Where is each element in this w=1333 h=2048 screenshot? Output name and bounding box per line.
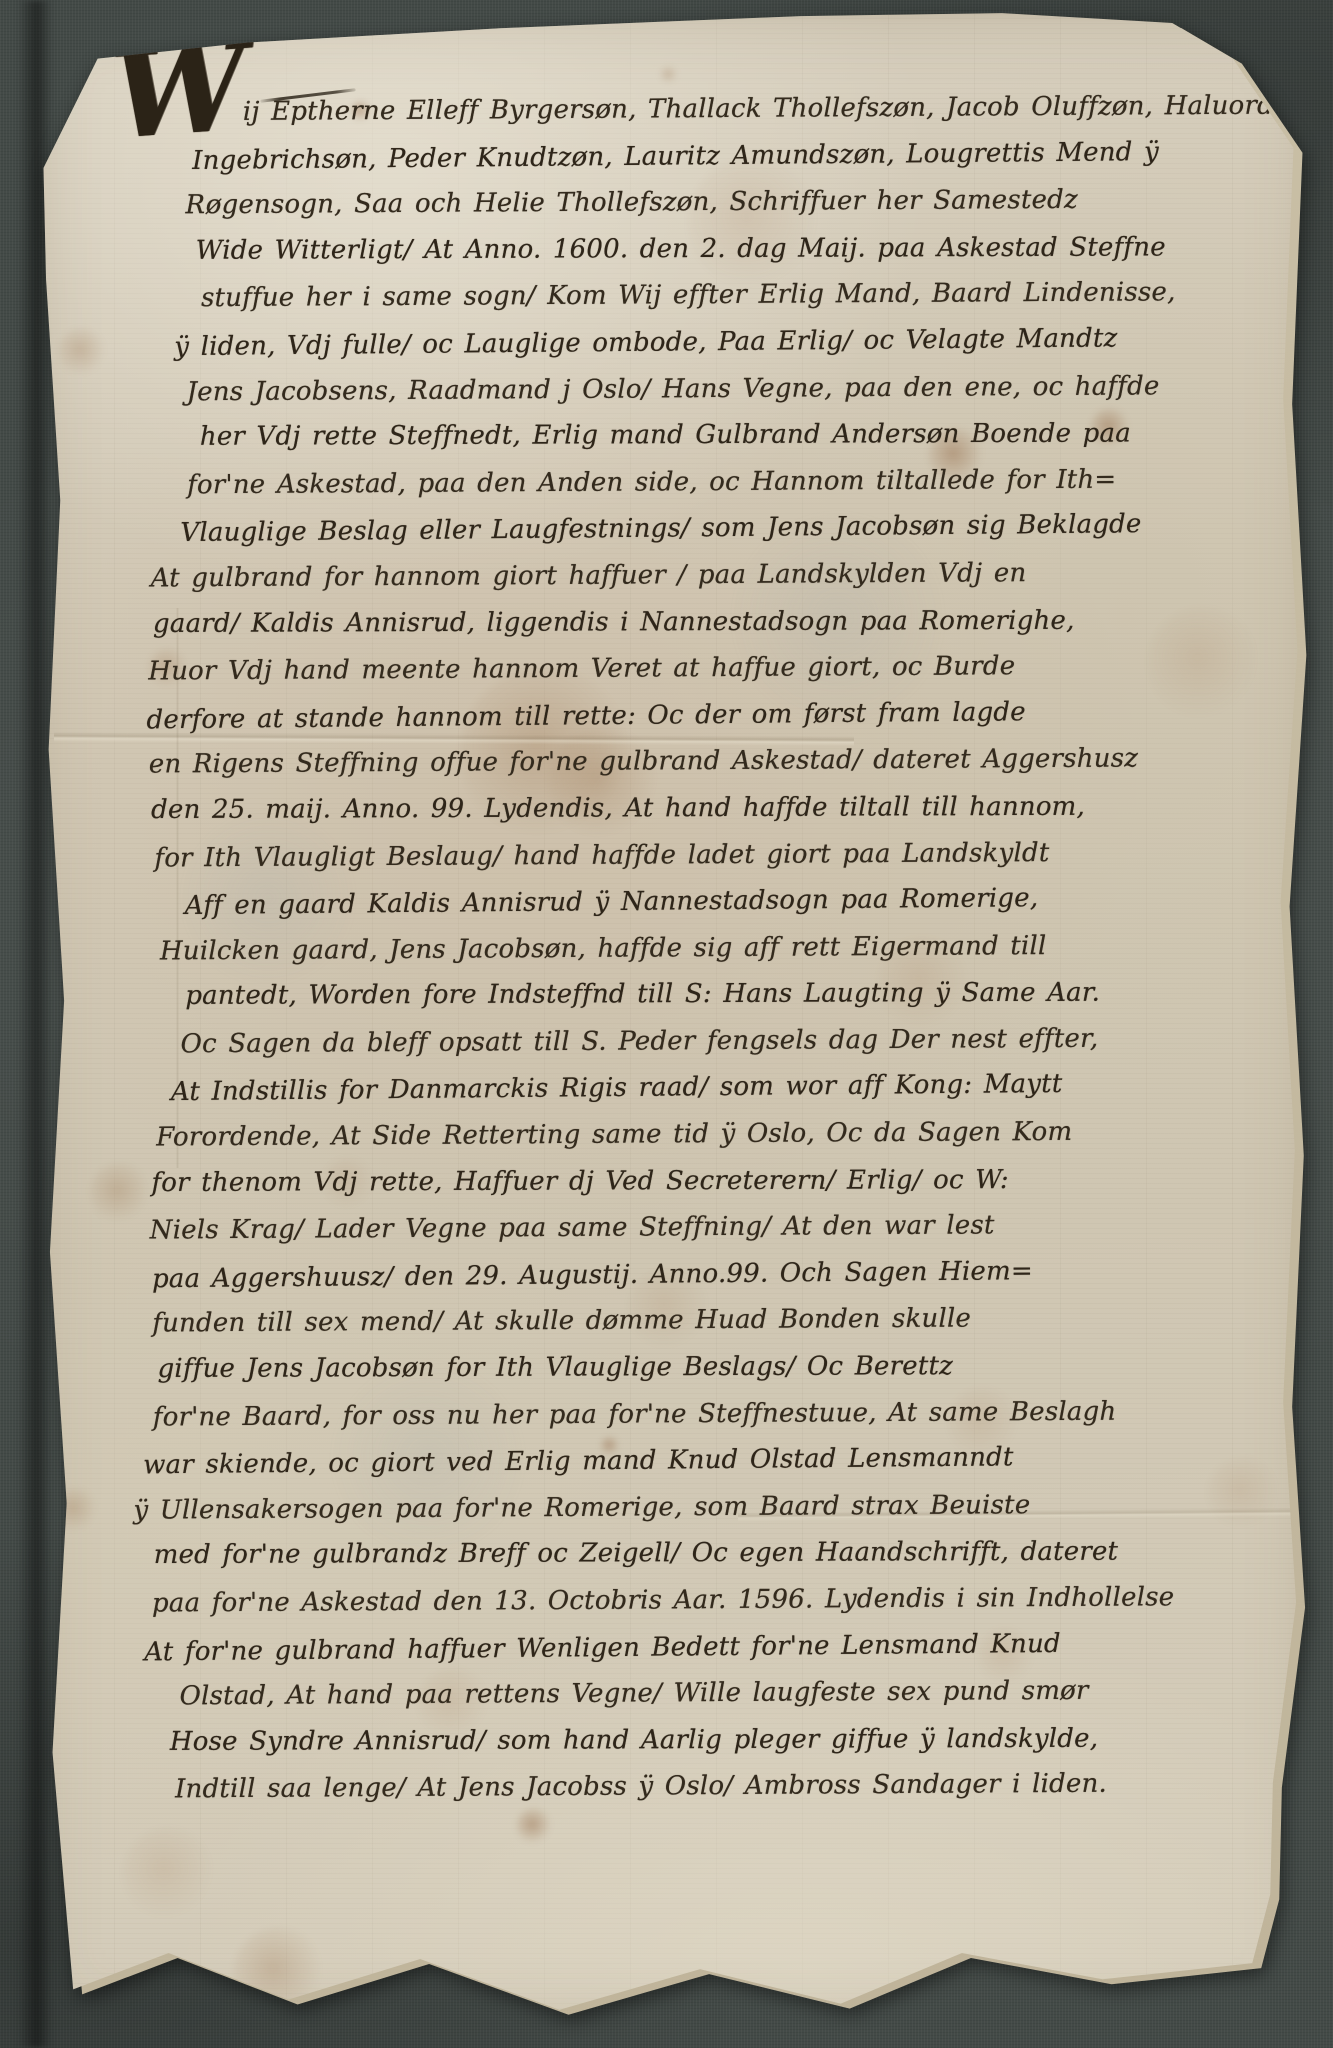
manuscript-text-block: ij Eptherne Elleff Byrgersøn, Thallack T… [143, 83, 1304, 1814]
manuscript-line: den 25. maij. Anno. 99. Lydendis, At han… [151, 783, 1297, 834]
manuscript-line: her Vdj rette Steffnedt, Erlig mand Gulb… [200, 410, 1295, 460]
manuscript-line: Huor Vdj hand meente hannom Veret at haf… [148, 642, 1296, 696]
paper-sheet: W ij Eptherne Elleff Byrgersøn, Thallack… [28, 8, 1318, 2034]
manuscript-line: Olstad, At hand paa rettens Vegne/ Wille… [179, 1667, 1302, 1720]
manuscript-line: ÿ Ullensakersogen paa for'ne Romerige, s… [133, 1480, 1301, 1534]
paper-stain [516, 1808, 552, 1844]
paper-stain [58, 328, 106, 376]
manuscript-page: W ij Eptherne Elleff Byrgersøn, Thallack… [28, 8, 1318, 2034]
manuscript-line: stuffue her i same sogn/ Kom Wij effter … [201, 269, 1294, 322]
manuscript-line: Aff en gaard Kaldis Annisrud ÿ Nannestad… [185, 873, 1298, 930]
manuscript-line: gaard/ Kaldis Annisrud, liggendis i Nann… [153, 597, 1296, 648]
manuscript-line: giffue Jens Jacobsøn for Ith Vlauglige B… [157, 1342, 1300, 1393]
manuscript-line: pantedt, Worden fore Indsteffnd till S: … [185, 969, 1298, 1019]
manuscript-line: paa for'ne Askestad den 13. Octobris Aar… [152, 1573, 1302, 1627]
paper-stain [90, 1163, 150, 1223]
manuscript-line: At gulbrand for hannom giort haffuer / p… [151, 548, 1296, 602]
manuscript-line: Røgensogn, Saa och Helie Thollefszøn, Sc… [185, 176, 1293, 229]
manuscript-line: en Rigens Steffning offue for'ne gulbran… [149, 735, 1297, 789]
manuscript-line: Ingebrichsøn, Peder Knudtzøn, Lauritz Am… [192, 127, 1293, 184]
manuscript-line: Indtill saa lenge/ At Jens Jacobss ÿ Osl… [175, 1760, 1303, 1813]
paper-stain [233, 1928, 323, 2018]
paper-stain [123, 1828, 213, 1918]
manuscript-line: Forordende, At Side Retterting same tid … [156, 1108, 1299, 1162]
manuscript-line: med for'ne gulbrandz Breff oc Zeigell/ O… [154, 1528, 1302, 1579]
manuscript-line: Jens Jacobsens, Raadmand j Oslo/ Hans Ve… [186, 362, 1294, 415]
manuscript-line: Wide Witterligt/ At Anno. 1600. den 2. d… [196, 224, 1294, 274]
manuscript-line: ij Eptherne Elleff Byrgersøn, Thallack T… [243, 83, 1293, 136]
paper-stain [660, 66, 678, 84]
manuscript-line: funden till sex mend/ At skulle dømme Hu… [152, 1294, 1300, 1348]
manuscript-line: Huilcken gaard, Jens Jacobsøn, haffde si… [160, 921, 1298, 975]
manuscript-line: Hose Syndre Annisrud/ som hand Aarlig pl… [170, 1715, 1303, 1766]
paper-stain [53, 1488, 97, 1532]
manuscript-line: for thenom Vdj rette, Haffuer dj Ved Sec… [151, 1156, 1299, 1207]
